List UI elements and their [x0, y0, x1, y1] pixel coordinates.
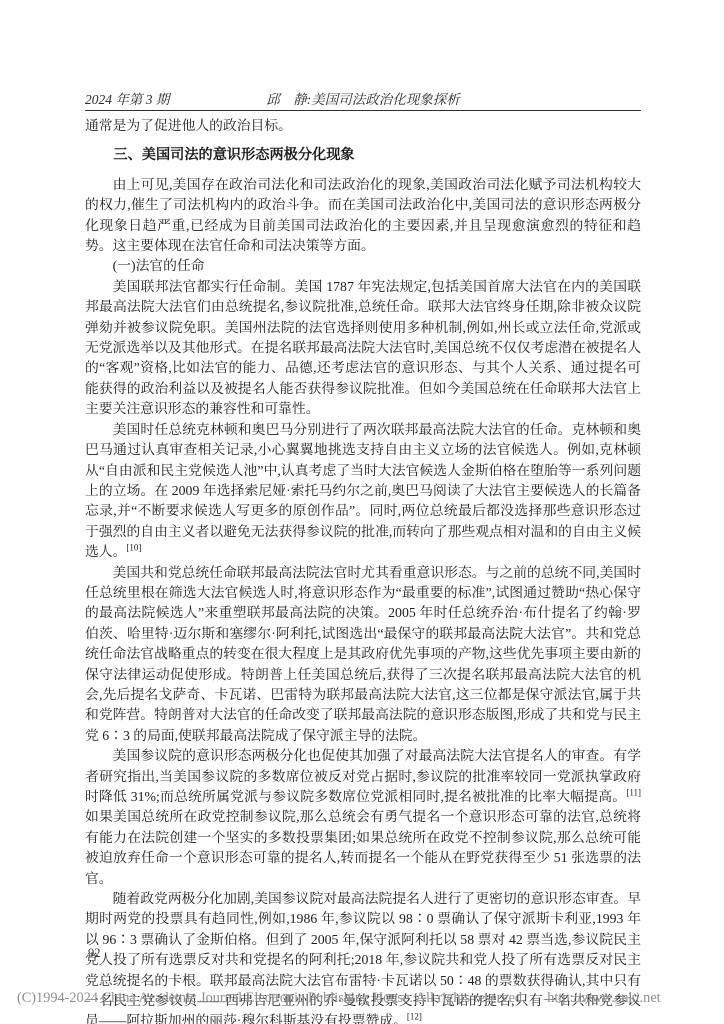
journal-page: 2024 年第 3 期 邱 静:美国司法政治化现象探析 通常是为了促进他人的政治… [0, 0, 724, 1024]
page-number: 92 [88, 946, 101, 961]
paragraph: 美国共和党总统任命联邦最高法院法官时尤其看重意识形态。与之前的总统不同,美国时任… [85, 563, 641, 747]
copyright-url: http://www.cnki.net [547, 990, 660, 1006]
footnote-ref: [11] [626, 787, 641, 797]
paragraph: 由上可见,美国存在政治司法化和司法政治化的现象,美国政治司法化赋予司法机构较大的… [85, 175, 641, 257]
subsection-heading: (一)法官的任命 [85, 256, 641, 276]
footnote-ref: [10] [126, 543, 141, 553]
running-header: 2024 年第 3 期 邱 静:美国司法政治化现象探析 [85, 86, 641, 111]
paragraph: 美国参议院的意识形态两极分化也促使其加强了对最高法院大法官提名人的审查。有学者研… [85, 746, 641, 889]
section-heading: 三、美国司法的意识形态两极分化现象 [85, 145, 641, 165]
article-body: 通常是为了促进他人的政治目标。三、美国司法的意识形态两极分化现象由上可见,美国存… [85, 116, 641, 1024]
paragraph: 美国时任总统克林顿和奥巴马分别进行了两次联邦最高法院大法官的任命。克林顿和奥巴马… [85, 420, 641, 563]
copyright-text: (C)1994-2024 China Academic Journal Elec… [17, 990, 526, 1006]
continued-paragraph: 通常是为了促进他人的政治目标。 [85, 116, 641, 136]
copyright-bar: (C)1994-2024 China Academic Journal Elec… [17, 990, 717, 1007]
issue-label: 2024 年第 3 期 [85, 88, 169, 108]
footnote-ref: [12] [407, 1012, 422, 1022]
paragraph: 美国联邦法官都实行任命制。美国 1787 年宪法规定,包括美国首席大法官在内的美… [85, 277, 641, 420]
